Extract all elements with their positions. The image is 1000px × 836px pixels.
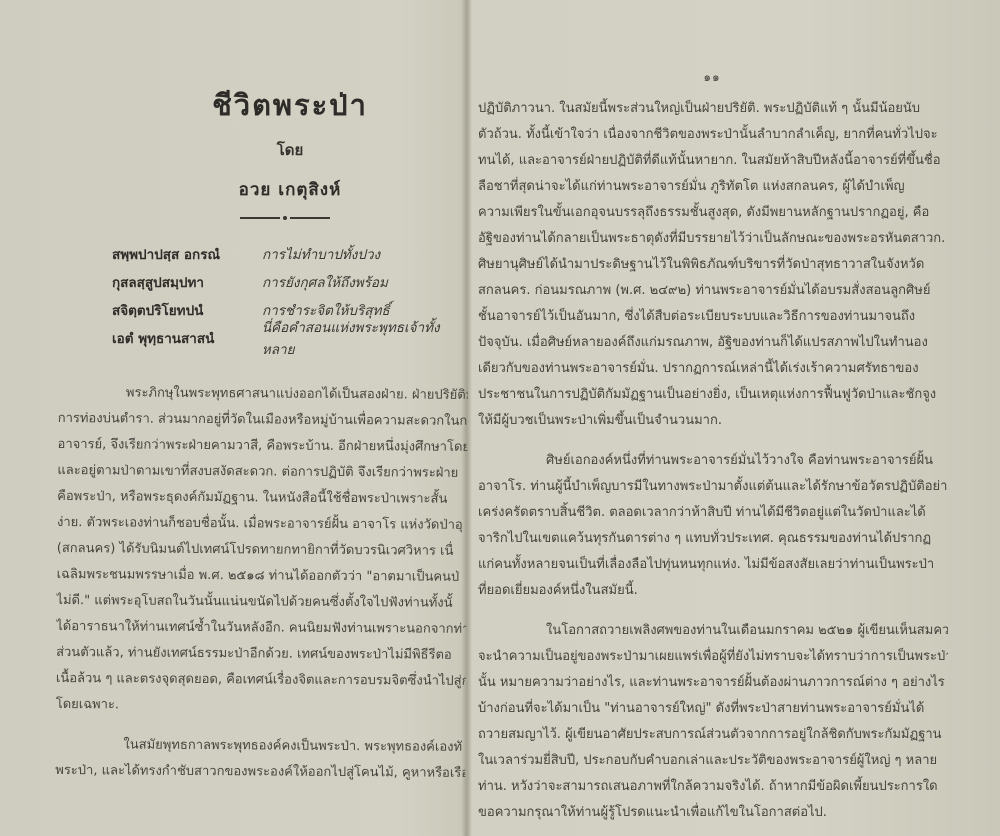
text-line: ในสมัยพุทธกาลพระพุทธองค์คงเป็นพระป่า. พร… — [55, 732, 465, 761]
text-line: คือพระป่า, หรือพระธุดงค์กัมมัฏฐาน. ในหนั… — [57, 484, 467, 513]
text-line: ถวายสมญาไว้. ผู้เขียนอาศัยประสบการณ์ส่วน… — [478, 722, 948, 748]
verse-pali: เอตํ พุทฺธานสาสนํ — [112, 327, 262, 349]
verse-pali: สพฺพปาปสฺส อกรณํ — [112, 243, 262, 265]
text-line: (สกลนคร) ได้รับนิมนต์ไปเทศน์โปรดทายกทายิ… — [57, 536, 467, 565]
verse-translation: การยังกุศลให้ถึงพร้อม — [262, 271, 388, 293]
text-line: ทนได้, และอาจารย์ฝ่ายปฏิบัติที่ดีแท้นั้น… — [478, 148, 948, 174]
text-line: ขอความกรุณาให้ท่านผู้รู้โปรดแนะนำเพื่อแก… — [478, 800, 948, 826]
text-line: ลือชาที่สุดน่าจะได้แก่ท่านพระอาจารย์มั่น… — [478, 174, 948, 200]
text-line: ตัวถ้วน. ทั้งนี้เข้าใจว่า เนื่องจากชีวิต… — [478, 122, 948, 148]
text-line: การท่องบ่นตำรา. ส่วนมากอยู่ที่วัดในเมือง… — [58, 406, 468, 435]
verse-line: สพฺพปาปสฺส อกรณํ การไม่ทำบาปทั้งปวง — [112, 240, 472, 268]
text-line: อาจารย์, จึงเรียกว่าพระฝ่ายคามวาสี, คือพ… — [57, 432, 467, 461]
text-line: ให้มีผู้บวชเป็นพระป่าเพิ่มขึ้นเป็นจำนวนม… — [478, 408, 948, 434]
verse-line: เอตํ พุทฺธานสาสนํ นี่คือคำสอนแห่งพระพุทธ… — [112, 324, 472, 352]
text-line: ในเวลาร่วมยี่สิบปี, ประกอบกับคำบอกเล่าแล… — [478, 748, 948, 774]
text-line: ประชาชนในการปฏิบัติกัมมัฏฐานเป็นอย่างยิ่… — [478, 382, 948, 408]
by-label: โดย — [240, 138, 340, 162]
text-line: เคร่งครัดตราบสิ้นชีวิต. ตลอดเวลากว่าห้าส… — [478, 500, 948, 526]
text-line: เนื้อล้วน ๆ และตรงจุดสุดยอด, คือเทศน์เรื… — [56, 666, 466, 695]
text-line: ศิษย์เอกองค์หนึ่งที่ท่านพระอาจารย์มั่นไว… — [478, 448, 948, 474]
text-line: เฉลิมพระชนมพรรษาเมื่อ พ.ศ. ๒๕๑๘ ท่านได้อ… — [57, 562, 467, 591]
text-line: ชั้นอาจารย์ไว้เป็นอันมาก, ซึ่งได้สืบต่อร… — [478, 304, 948, 330]
text-line: บ้างก่อนที่จะได้มาเป็น "ท่านอาจารย์ใหญ่"… — [478, 696, 948, 722]
right-page-body: ปฏิบัติภาวนา. ในสมัยนี้พระส่วนใหญ่เป็นฝ่… — [478, 96, 948, 826]
text-line: ส่วนตัวแล้ว, ท่านยังเทศน์ธรรมะป่าอีกด้วย… — [56, 640, 466, 669]
text-line: แก่คนทั้งหลายจนเป็นที่เลื่องลือไปทุ่นหนท… — [478, 552, 948, 578]
text-line: จะนำความเป็นอยู่ของพระป่ามาเผยแพร่เพื่อผ… — [478, 644, 948, 670]
text-line: ความเพียรในขั้นเอกอุจนบรรลุถึงธรรมชั้นสู… — [478, 200, 948, 226]
text-line: สกลนคร. ก่อนมรณภาพ (พ.ศ. ๒๔๙๒) ท่านพระอา… — [478, 278, 948, 304]
title-ornament-divider — [240, 216, 330, 220]
left-page-body: พระภิกษุในพระพุทธศาสนาแบ่งออกได้เป็นสองฝ… — [55, 380, 468, 787]
text-line: ท่าน. หวังว่าจะสามารถเสนอภาพที่ใกล้ความจ… — [478, 774, 948, 800]
text-line: ไม่ดี." แต่พระอุโบสถในวันนั้นแน่นขนัดไปด… — [56, 588, 466, 617]
text-line: พระภิกษุในพระพุทธศาสนาแบ่งออกได้เป็นสองฝ… — [58, 380, 468, 409]
text-line: เดียวกับของท่านพระอาจารย์มั่น. ปรากฏการณ… — [478, 356, 948, 382]
text-line: นั้น หมายความว่าอย่างไร, และท่านพระอาจาร… — [478, 670, 948, 696]
text-line: ปฏิบัติภาวนา. ในสมัยนี้พระส่วนใหญ่เป็นฝ่… — [478, 96, 948, 122]
text-line: และอยู่ตามป่าตามเขาที่สงบสงัดสะดวก. ต่อก… — [57, 458, 467, 487]
text-line: จาริกไปในเขตแคว้นทุรกันดารต่าง ๆ แทบทั่ว… — [478, 526, 948, 552]
epigraph-verse: สพฺพปาปสฺส อกรณํ การไม่ทำบาปทั้งปวง กุสล… — [112, 240, 472, 352]
verse-line: กุสลสฺสูปสมฺปทา การยังกุศลให้ถึงพร้อม — [112, 268, 472, 296]
verse-pali: สจิตฺตปริโยทปนํ — [112, 299, 262, 321]
text-line: ที่ยอดเยี่ยมองค์หนึ่งในสมัยนี้. — [478, 578, 948, 604]
text-line: ศิษยานุศิษย์ได้นำมาประดิษฐานไว้ในพิพิธภั… — [478, 252, 948, 278]
verse-pali: กุสลสฺสูปสมฺปทา — [112, 271, 262, 293]
page-number: ๑๑ — [697, 68, 727, 87]
text-line: ได้อาราธนาให้ท่านเทศน์ซ้ำในวันหลังอีก. ค… — [56, 614, 466, 643]
text-line: อัฐิของท่านได้กลายเป็นพระธาตุดังที่มีบรร… — [478, 226, 948, 252]
text-line: อาจาโร. ท่านผู้นี้บำเพ็ญบารมีในทางพระป่า… — [478, 474, 948, 500]
author-name: อวย เกตุสิงห์ — [200, 176, 380, 203]
text-line: ปัจจุบัน. เมื่อศิษย์หลายองค์ถึงแก่มรณภาพ… — [478, 330, 948, 356]
verse-translation: นี่คือคำสอนแห่งพระพุทธเจ้าทั้งหลาย — [262, 316, 472, 360]
text-line: ในโอกาสถวายเพลิงศพของท่านในเดือนมกราคม ๒… — [478, 618, 948, 644]
text-line: ง่าย. ตัวพระเองท่านก็ชอบชื่อนั้น. เมื่อพ… — [57, 510, 467, 539]
text-line: พระป่า, และได้ทรงกำชับสาวกของพระองค์ให้อ… — [55, 758, 465, 787]
text-line: โดยเฉพาะ. — [56, 692, 466, 721]
chapter-title: ชีวิตพระป่า — [200, 82, 380, 128]
verse-translation: การไม่ทำบาปทั้งปวง — [262, 243, 380, 265]
book-spread: ชีวิตพระป่า โดย อวย เกตุสิงห์ สพฺพปาปสฺส… — [0, 0, 1000, 836]
